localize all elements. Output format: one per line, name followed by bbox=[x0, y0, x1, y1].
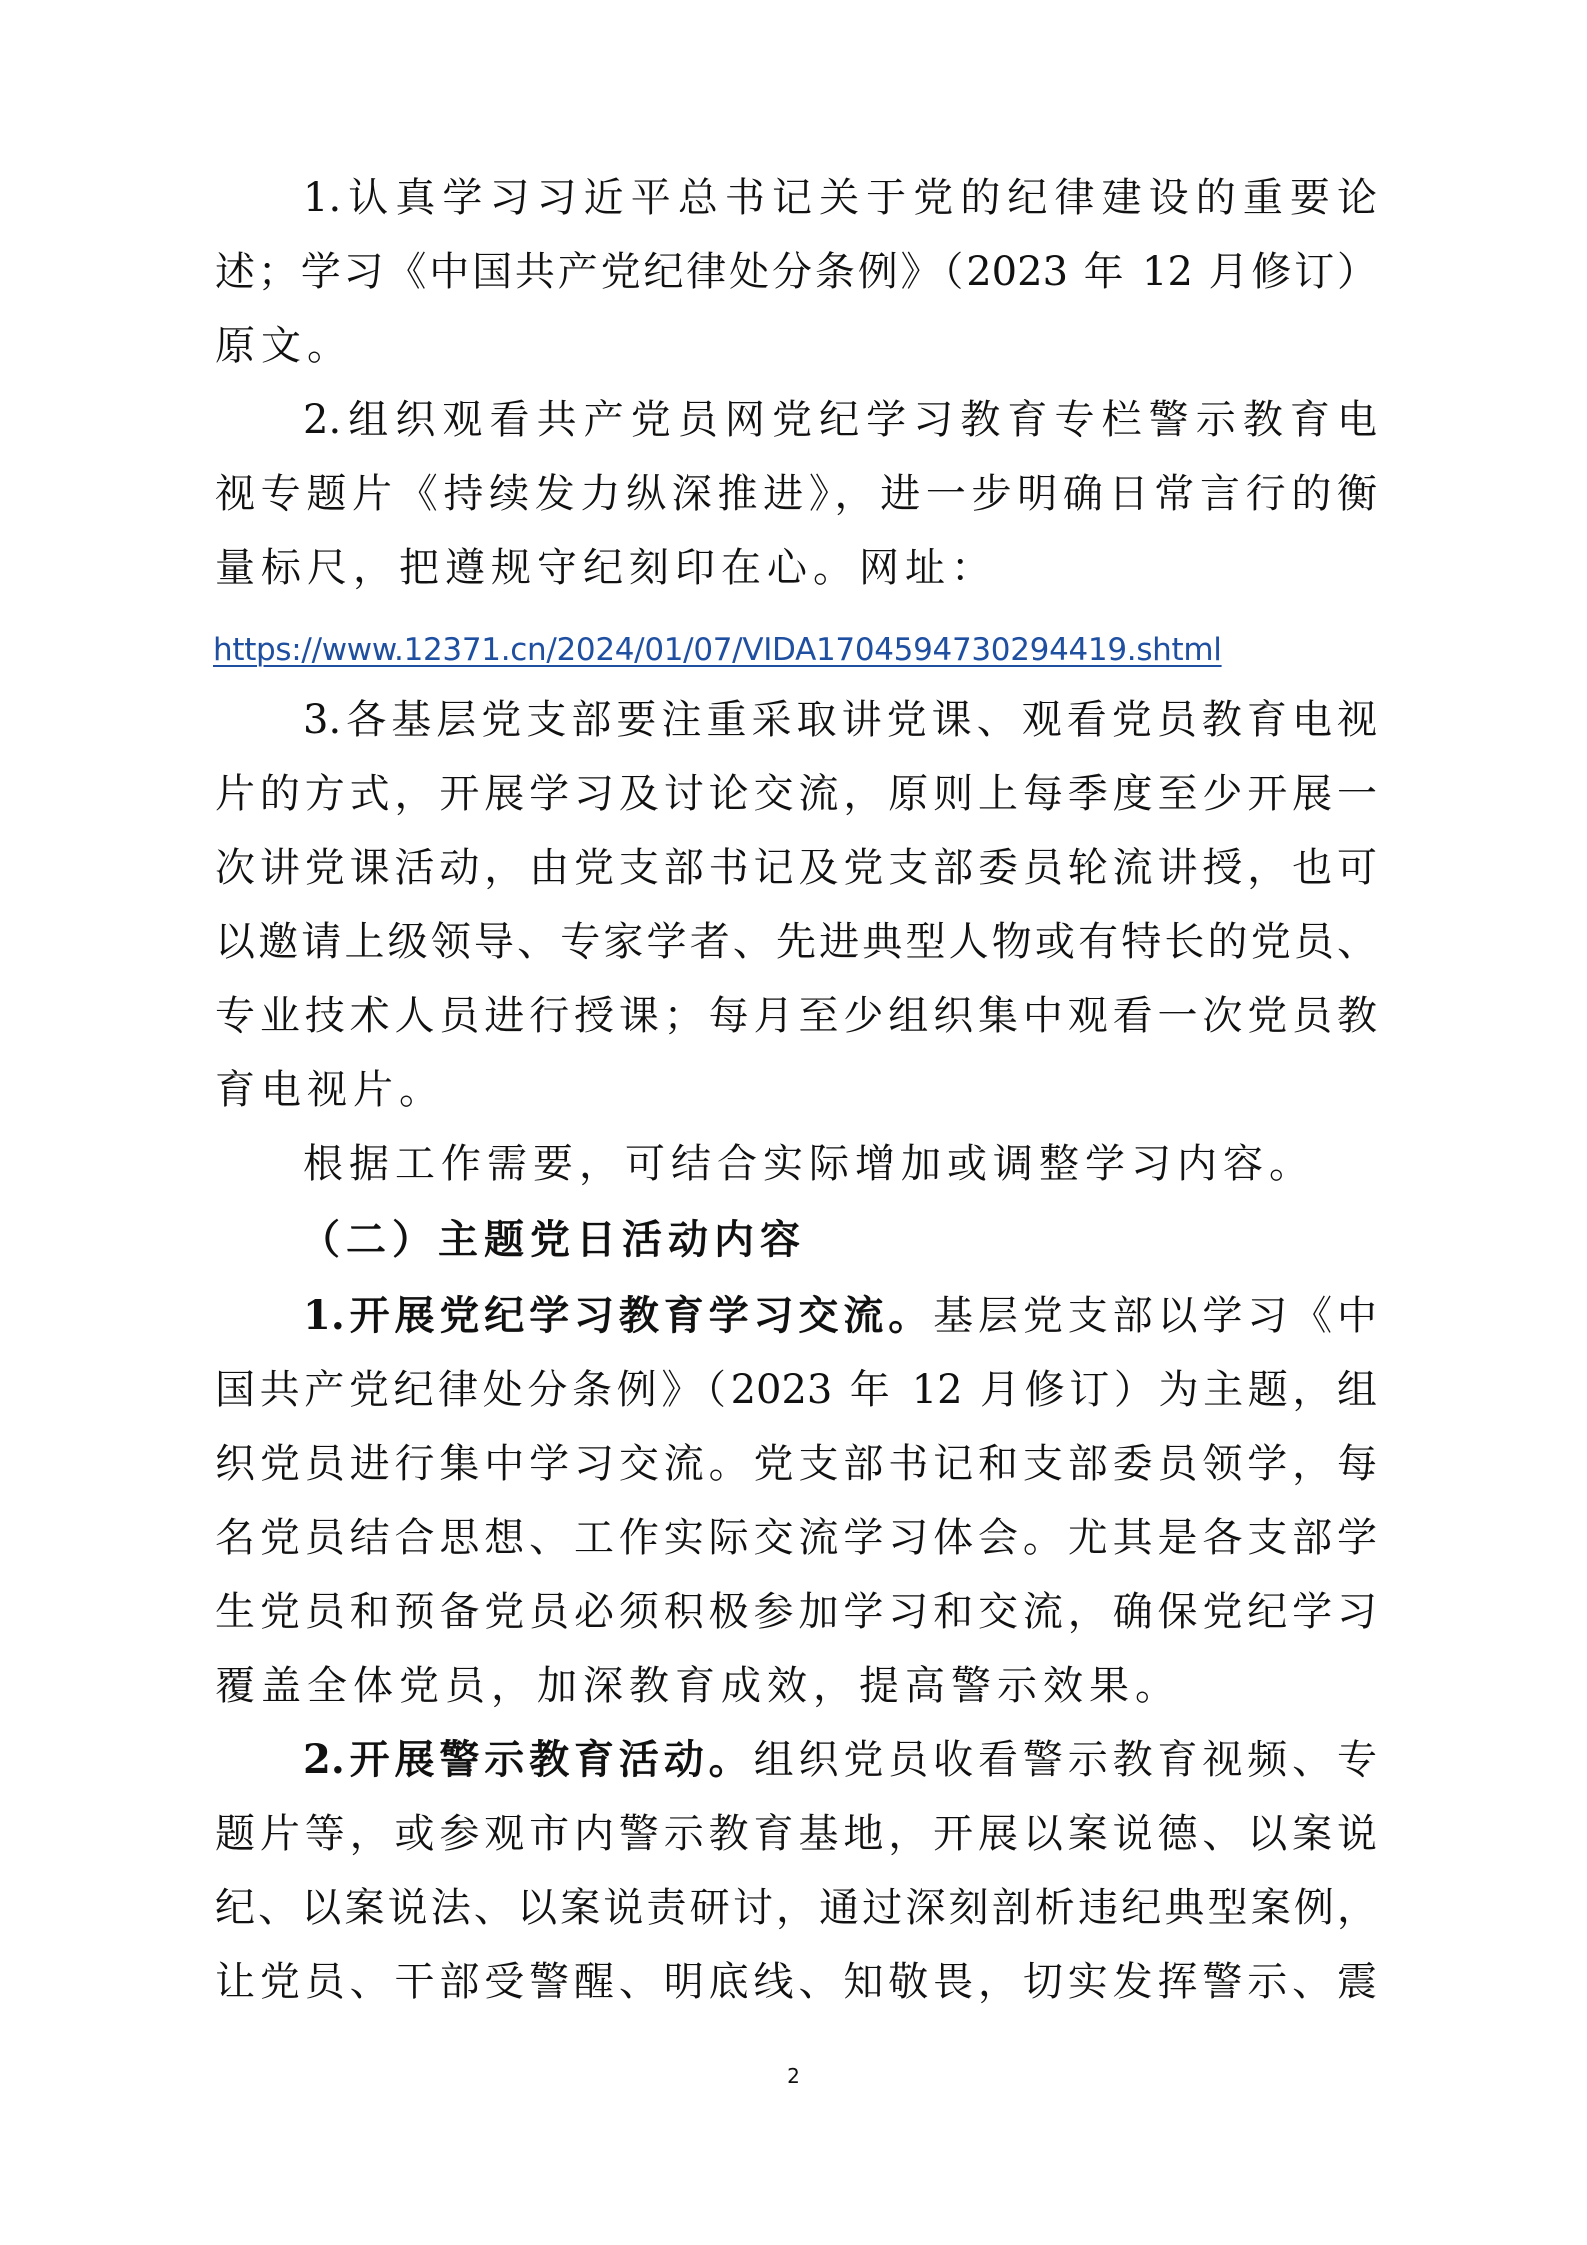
paragraph-line: 生党员和预备党员必须积极参加学习和交流，确保党纪学习 bbox=[215, 1582, 1377, 1642]
paragraph-line: 国共产党纪律处分条例》（2023 年 12 月修订）为主题，组 bbox=[215, 1360, 1377, 1420]
page-number: 2 bbox=[0, 2064, 1587, 2088]
section-heading: （二）主题党日活动内容 bbox=[300, 1210, 1462, 1270]
paragraph-line: 述；学习《中国共产党纪律处分条例》（2023 年 12 月修订） bbox=[215, 242, 1377, 302]
paragraph-line: 视专题片《持续发力纵深推进》，进一步明确日常言行的衡 bbox=[215, 464, 1377, 524]
item-lead: 2.开展警示教育活动。 bbox=[303, 1736, 754, 1783]
paragraph-line: 量标尺，把遵规守纪刻印在心。网址： bbox=[215, 538, 1377, 598]
item-lead: 1.开展党纪学习教育学习交流。 bbox=[303, 1292, 933, 1339]
paragraph-line: 育电视片。 bbox=[215, 1060, 1377, 1120]
paragraph-line: 织党员进行集中学习交流。党支部书记和支部委员领学，每 bbox=[215, 1434, 1377, 1494]
paragraph-line: 原文。 bbox=[215, 316, 1377, 376]
paragraph-line: 专业技术人员进行授课；每月至少组织集中观看一次党员教 bbox=[215, 986, 1377, 1046]
item-text: 基层党支部以学习《中 bbox=[933, 1293, 1377, 1339]
paragraph-line: 片的方式，开展学习及讨论交流，原则上每季度至少开展一 bbox=[215, 764, 1377, 824]
paragraph-line: 题片等，或参观市内警示教育基地，开展以案说德、以案说 bbox=[215, 1804, 1377, 1864]
item-text: 组织党员收看警示教育视频、专 bbox=[754, 1737, 1377, 1783]
paragraph-line: 1.开展党纪学习教育学习交流。基层党支部以学习《中 bbox=[303, 1286, 1377, 1346]
paragraph-line: 覆盖全体党员，加深教育成效，提高警示效果。 bbox=[215, 1656, 1377, 1716]
paragraph-line: 3.各基层党支部要注重采取讲党课、观看党员教育电视 bbox=[303, 690, 1377, 750]
document-page: 1.认真学习习近平总书记关于党的纪律建设的重要论 述；学习《中国共产党纪律处分条… bbox=[0, 0, 1587, 2245]
paragraph-line: 2.开展警示教育活动。组织党员收看警示教育视频、专 bbox=[303, 1730, 1377, 1790]
paragraph-line: 纪、以案说法、以案说责研讨，通过深刻剖析违纪典型案例， bbox=[215, 1878, 1377, 1938]
video-url-link[interactable]: https://www.12371.cn/2024/01/07/VIDA1704… bbox=[213, 626, 1222, 674]
paragraph-line: 让党员、干部受警醒、明底线、知敬畏，切实发挥警示、震 bbox=[215, 1952, 1377, 2012]
paragraph-line: 次讲党课活动，由党支部书记及党支部委员轮流讲授，也可 bbox=[215, 838, 1377, 898]
paragraph-line: 名党员结合思想、工作实际交流学习体会。尤其是各支部学 bbox=[215, 1508, 1377, 1568]
paragraph-line: 1.认真学习习近平总书记关于党的纪律建设的重要论 bbox=[303, 168, 1377, 228]
paragraph-line: 2.组织观看共产党员网党纪学习教育专栏警示教育电 bbox=[303, 390, 1377, 450]
note-line: 根据工作需要，可结合实际增加或调整学习内容。 bbox=[303, 1134, 1377, 1194]
paragraph-line: 以邀请上级领导、专家学者、先进典型人物或有特长的党员、 bbox=[215, 912, 1377, 972]
